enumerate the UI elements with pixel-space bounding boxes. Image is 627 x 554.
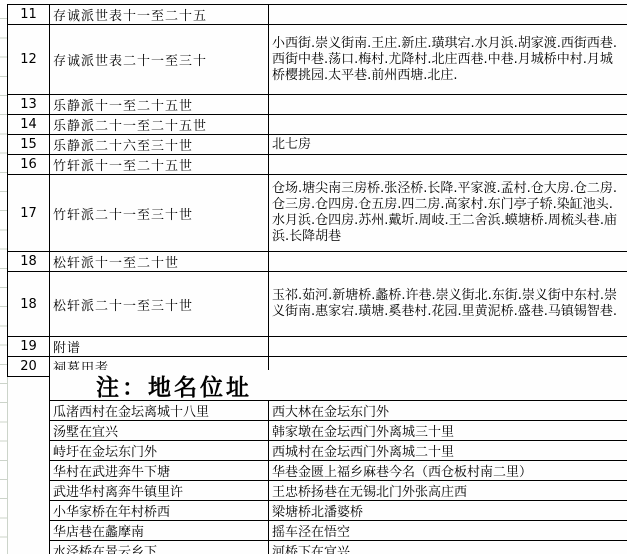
- table-row: 16 竹轩派十一至二十五世: [8, 155, 627, 175]
- gridline-vertical: [7, 370, 8, 554]
- volume-places-cell[interactable]: [269, 5, 627, 25]
- location-cell-right[interactable]: 西大林在金坛东门外: [269, 401, 627, 421]
- table-row: 华店巷在蠡摩南 摇车泾在悟空: [50, 521, 627, 541]
- volume-title-cell[interactable]: 竹轩派十一至二十五世: [50, 155, 269, 175]
- volume-number-cell[interactable]: 17: [8, 175, 50, 252]
- volume-places-cell[interactable]: 仓场.塘尖南三房桥.张泾桥.长降.平家渡.孟村.仓大房.仓二房.仓三房.仓四房.…: [269, 175, 627, 252]
- table-row: 武进华村离奔牛镇里许 王忠桥扬巷在无锡北门外张高庄西: [50, 481, 627, 501]
- volume-number-cell[interactable]: 16: [8, 155, 50, 175]
- table-row: 峙圩在金坛东门外 西城村在金坛西门外离城二十里: [50, 441, 627, 461]
- location-cell-left[interactable]: 水泾桥在景云乡下: [50, 541, 269, 554]
- location-cell-right[interactable]: 韩家墩在金坛西门外离城三十里: [269, 421, 627, 441]
- volume-title-cell[interactable]: 乐静派二十一至二十五世: [50, 115, 269, 135]
- volume-title-cell[interactable]: 乐静派十一至二十五世: [50, 95, 269, 115]
- volume-places-cell[interactable]: [269, 337, 627, 357]
- table-row: 18 松轩派十一至二十世: [8, 252, 627, 272]
- location-cell-left[interactable]: 武进华村离奔牛镇里许: [50, 481, 269, 501]
- table-row: 15 乐静派二十六至三十世 北七房: [8, 135, 627, 155]
- table-row: 14 乐静派二十一至二十五世: [8, 115, 627, 135]
- volume-number-cell[interactable]: 19: [8, 337, 50, 357]
- volume-places-cell[interactable]: 小西街.崇义街南.王庄.新庄.璜琪宕.水月浜.胡家渡.西街西巷.西街中巷.荡口.…: [269, 25, 627, 95]
- volume-places-cell[interactable]: [269, 115, 627, 135]
- volume-index-table: 11 存诚派世表十一至二十五 12 存诚派世表二十一至三十 小西街.崇义街南.王…: [7, 4, 627, 377]
- location-cell-left[interactable]: 汤墅在宜兴: [50, 421, 269, 441]
- volume-number-cell[interactable]: 20: [8, 357, 50, 377]
- volume-number-cell[interactable]: 15: [8, 135, 50, 155]
- table-row: 18 松轩派二十一至三十世 玉祁.茹河.新塘桥.蠡桥.许巷.崇义街北.东街.崇义…: [8, 272, 627, 337]
- table-row: 17 竹轩派二十一至三十世 仓场.塘尖南三房桥.张泾桥.长降.平家渡.孟村.仓大…: [8, 175, 627, 252]
- volume-places-cell[interactable]: 玉祁.茹河.新塘桥.蠡桥.许巷.崇义街北.东街.崇义街中东村.崇义街南.惠家宕.…: [269, 272, 627, 337]
- location-cell-right[interactable]: 西城村在金坛西门外离城二十里: [269, 441, 627, 461]
- location-cell-right[interactable]: 梁塘桥北潘婆桥: [269, 501, 627, 521]
- location-notes-table: 瓜渚西村在金坛离城十八里 西大林在金坛东门外 汤墅在宜兴 韩家墩在金坛西门外离城…: [49, 400, 627, 554]
- location-cell-left[interactable]: 华村在武进奔牛下塘: [50, 461, 269, 481]
- volume-places-cell[interactable]: [269, 95, 627, 115]
- volume-title-cell[interactable]: 存诚派世表二十一至三十: [50, 25, 269, 95]
- excel-gridlines-strip: [0, 0, 7, 554]
- volume-title-cell[interactable]: 乐静派二十六至三十世: [50, 135, 269, 155]
- location-cell-left[interactable]: 峙圩在金坛东门外: [50, 441, 269, 461]
- location-cell-right[interactable]: 华巷金匮上福乡麻巷今名（西仓板村南二里）: [269, 461, 627, 481]
- table-row: 华村在武进奔牛下塘 华巷金匮上福乡麻巷今名（西仓板村南二里）: [50, 461, 627, 481]
- table-row: 19 附谱: [8, 337, 627, 357]
- volume-number-cell[interactable]: 13: [8, 95, 50, 115]
- volume-places-cell[interactable]: [269, 252, 627, 272]
- location-cell-left[interactable]: 瓜渚西村在金坛离城十八里: [50, 401, 269, 421]
- table-row: 瓜渚西村在金坛离城十八里 西大林在金坛东门外: [50, 401, 627, 421]
- volume-number-cell[interactable]: 18: [8, 272, 50, 337]
- table-row: 11 存诚派世表十一至二十五: [8, 5, 627, 25]
- volume-title-cell[interactable]: 附谱: [50, 337, 269, 357]
- volume-number-cell[interactable]: 14: [8, 115, 50, 135]
- location-cell-right[interactable]: 摇车泾在悟空: [269, 521, 627, 541]
- volume-number-cell[interactable]: 18: [8, 252, 50, 272]
- location-cell-right[interactable]: 王忠桥扬巷在无锡北门外张高庄西: [269, 481, 627, 501]
- volume-title-cell[interactable]: 松轩派二十一至三十世: [50, 272, 269, 337]
- volume-title-cell[interactable]: 松轩派十一至二十世: [50, 252, 269, 272]
- table-row: 12 存诚派世表二十一至三十 小西街.崇义街南.王庄.新庄.璜琪宕.水月浜.胡家…: [8, 25, 627, 95]
- volume-number-cell[interactable]: 11: [8, 5, 50, 25]
- table-row: 小华家桥在年村桥西 梁塘桥北潘婆桥: [50, 501, 627, 521]
- spreadsheet-view: 11 存诚派世表十一至二十五 12 存诚派世表二十一至三十 小西街.崇义街南.王…: [0, 0, 627, 554]
- location-cell-right[interactable]: 河桥下在宜兴: [269, 541, 627, 554]
- location-cell-left[interactable]: 华店巷在蠡摩南: [50, 521, 269, 541]
- volume-title-cell[interactable]: 存诚派世表十一至二十五: [50, 5, 269, 25]
- note-heading-text: 注：地名位址: [50, 369, 252, 402]
- table-row: 13 乐静派十一至二十五世: [8, 95, 627, 115]
- volume-places-cell[interactable]: 北七房: [269, 135, 627, 155]
- table-row: 汤墅在宜兴 韩家墩在金坛西门外离城三十里: [50, 421, 627, 441]
- volume-number-cell[interactable]: 12: [8, 25, 50, 95]
- location-cell-left[interactable]: 小华家桥在年村桥西: [50, 501, 269, 521]
- volume-title-cell[interactable]: 竹轩派二十一至三十世: [50, 175, 269, 252]
- volume-places-cell[interactable]: [269, 155, 627, 175]
- note-heading-row[interactable]: 注：地名位址: [49, 370, 627, 400]
- table-row: 水泾桥在景云乡下 河桥下在宜兴: [50, 541, 627, 554]
